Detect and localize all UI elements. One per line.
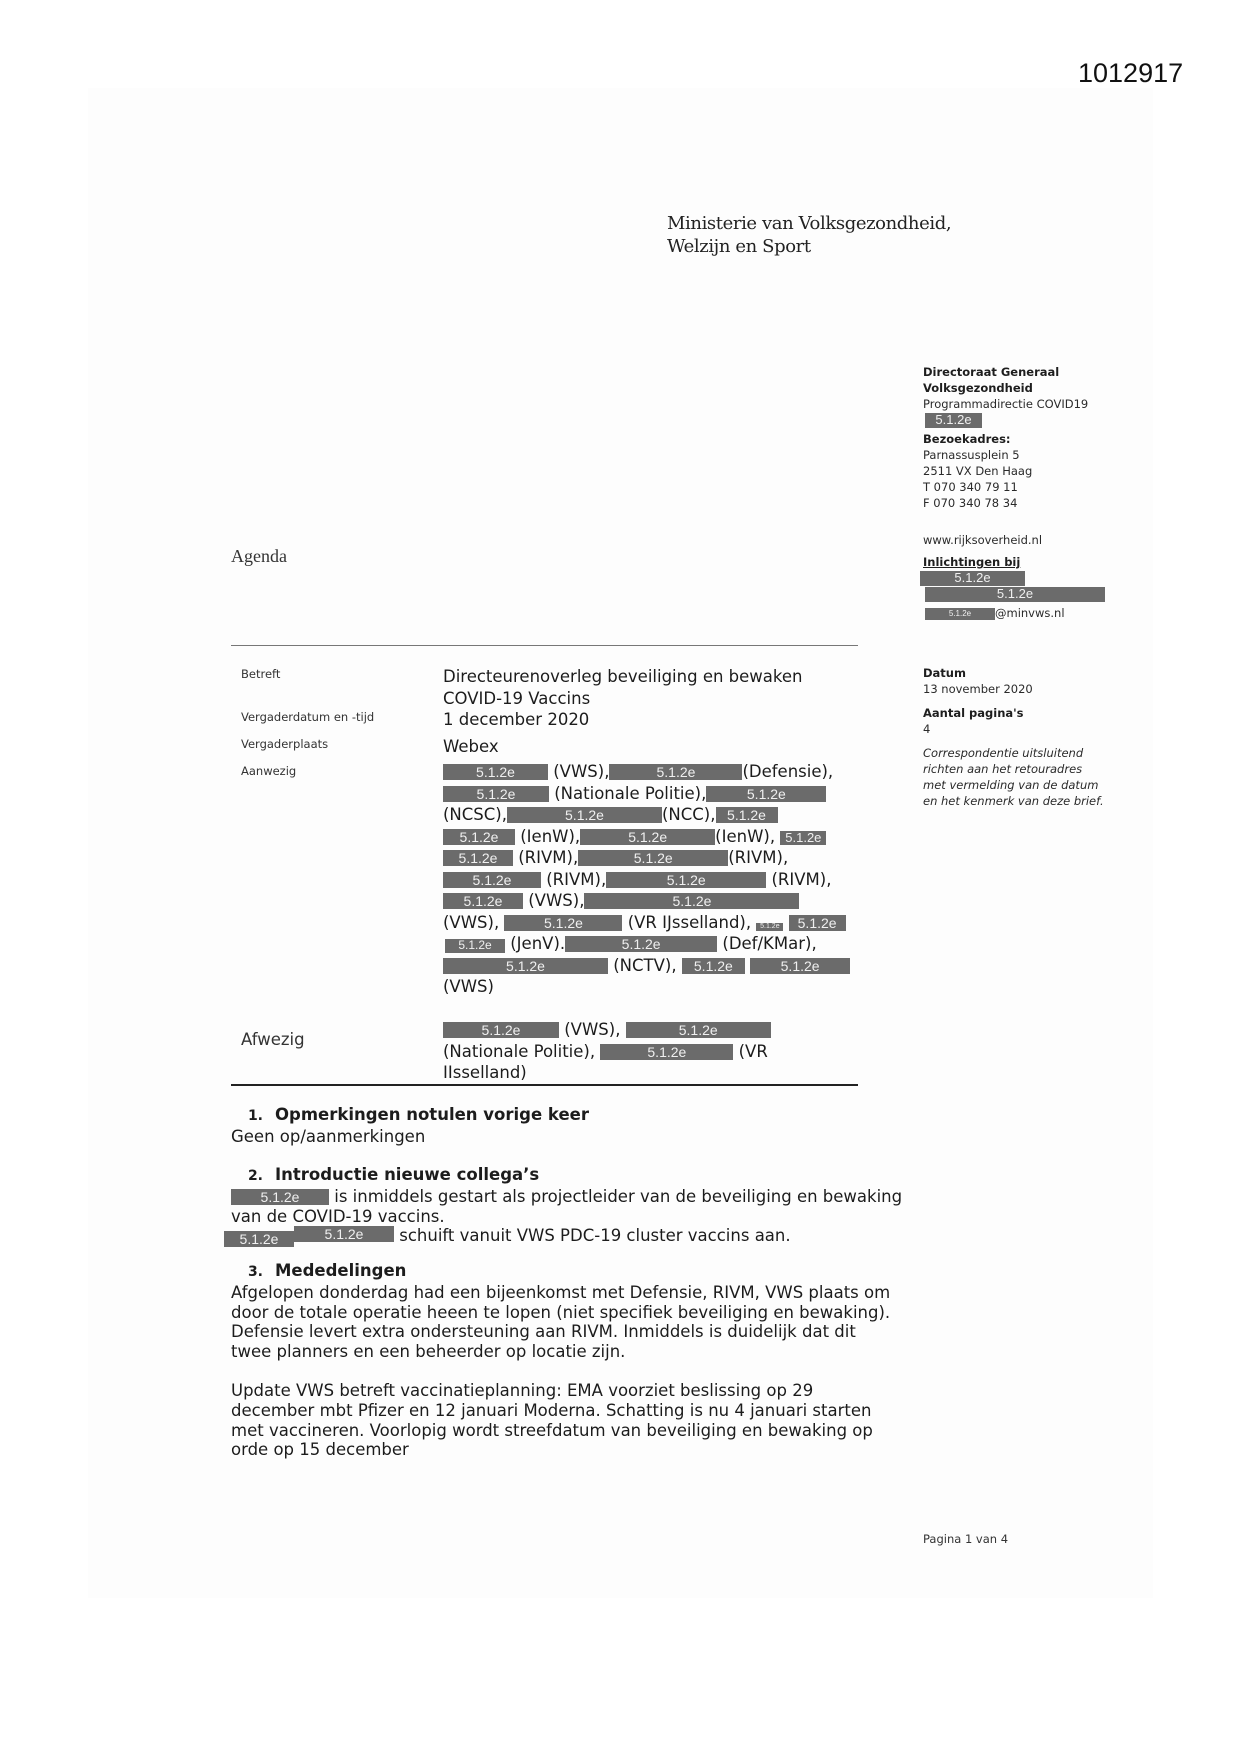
org: (VWS) xyxy=(443,977,494,996)
org: (NCC), xyxy=(662,805,716,824)
email-suffix: @minvws.nl xyxy=(995,606,1065,620)
section-2: 2.Introductie nieuwe collega’s 5.1.2e is… xyxy=(231,1165,911,1246)
document-number: 1012917 xyxy=(1078,58,1183,89)
section-text: Geen op/aanmerkingen xyxy=(231,1127,911,1147)
info-label: Inlichtingen bij xyxy=(923,555,1020,569)
org: (NCSC), xyxy=(443,805,507,824)
section-title: Opmerkingen notulen vorige keer xyxy=(275,1105,589,1124)
subject-label: Betreft xyxy=(241,667,280,681)
datetime-label: Vergaderdatum en -tijd xyxy=(241,710,374,724)
redaction-box: 5.1.2e xyxy=(925,608,995,620)
redaction-box: 5.1.2e xyxy=(578,850,728,866)
org: (VWS), xyxy=(528,891,584,910)
org: (Nationale Politie), xyxy=(554,784,706,803)
section-paragraph: Update VWS betreft vaccinatieplanning: E… xyxy=(231,1381,896,1460)
datetime-value: 1 december 2020 xyxy=(443,709,863,731)
ministry-letterhead: Ministerie van Volksgezondheid, Welzijn … xyxy=(667,212,951,258)
section-heading: 3.Mededelingen xyxy=(231,1261,896,1283)
sidebar-meta: Datum 13 november 2020 Aantal pagina's 4… xyxy=(923,665,1108,809)
org: (Nationale Politie), xyxy=(443,1042,595,1061)
redaction-box: 5.1.2e xyxy=(443,958,608,974)
visit-address-label: Bezoekadres: xyxy=(923,432,1011,446)
redaction-box: 5.1.2e xyxy=(443,1022,559,1038)
org: (VR IJsselland), xyxy=(628,913,751,932)
redaction-box: 5.1.2e xyxy=(706,786,826,802)
date-label: Datum xyxy=(923,666,966,680)
redaction-box: 5.1.2e xyxy=(716,807,778,823)
section-3: 3.Mededelingen Afgelopen donderdag had e… xyxy=(231,1261,896,1460)
sidebar-contact: www.rijksoverheid.nl Inlichtingen bij 5.… xyxy=(923,532,1105,621)
street: Parnassusplein 5 xyxy=(923,447,1088,463)
present-label: Aanwezig xyxy=(241,764,296,778)
redaction-box: 5.1.2e xyxy=(626,1022,771,1038)
redaction-box: 5.1.2e xyxy=(507,807,662,823)
section-heading: 2.Introductie nieuwe collega’s xyxy=(231,1165,911,1187)
phone: T 070 340 79 11 xyxy=(923,479,1088,495)
redaction-box: 5.1.2e xyxy=(565,936,717,952)
redaction-box: 5.1.2e xyxy=(443,939,505,953)
redaction-box: 5.1.2e xyxy=(682,958,745,974)
redaction-box: 5.1.2e xyxy=(750,958,850,974)
redaction-box: 5.1.2e xyxy=(789,915,846,931)
org: (IenW), xyxy=(715,827,775,846)
section-number: 3. xyxy=(231,1263,263,1283)
section-text: schuift vanuit VWS PDC-19 cluster vaccin… xyxy=(399,1226,790,1245)
sidebar-directorate: Directoraat Generaal Volksgezondheid Pro… xyxy=(923,364,1088,511)
place-value: Webex xyxy=(443,736,863,758)
directorate-line1: Directoraat Generaal xyxy=(923,365,1059,379)
org: (VWS), xyxy=(443,913,499,932)
absent-list: 5.1.2e (VWS), 5.1.2e (Nationale Politie)… xyxy=(443,1019,788,1084)
present-list: 5.1.2e (VWS),5.1.2e(Defensie), 5.1.2e (N… xyxy=(443,761,853,998)
divider xyxy=(231,1084,858,1086)
redaction-box: 5.1.2e xyxy=(925,587,1105,602)
org: (VWS), xyxy=(564,1020,620,1039)
agenda-title: Agenda xyxy=(231,546,287,567)
date-value: 13 november 2020 xyxy=(923,681,1108,697)
org: (RIVM), xyxy=(546,870,606,889)
redaction-box: 5.1.2e xyxy=(584,893,799,909)
org: (RIVM), xyxy=(518,848,578,867)
redaction-box: 5.1.2e xyxy=(231,1189,329,1205)
redaction-box: 5.1.2e xyxy=(925,413,982,428)
redaction-box: 5.1.2e xyxy=(443,872,541,888)
section-number: 1. xyxy=(231,1107,263,1127)
website: www.rijksoverheid.nl xyxy=(923,532,1105,548)
section-number: 2. xyxy=(231,1167,263,1187)
redaction-box: 5.1.2e xyxy=(606,872,766,888)
fax: F 070 340 78 34 xyxy=(923,495,1088,511)
directorate-line2: Volksgezondheid xyxy=(923,381,1033,395)
subject-line2: COVID-19 Vaccins xyxy=(443,688,863,710)
org: (JenV). xyxy=(510,934,565,953)
org: (VWS), xyxy=(553,762,609,781)
divider xyxy=(231,645,858,646)
org: (NCTV), xyxy=(613,956,676,975)
redaction-box: 5.1.2e xyxy=(443,764,548,780)
org: (IenW), xyxy=(520,827,580,846)
ministry-name-line1: Ministerie van Volksgezondheid, xyxy=(667,212,951,235)
section-1: 1.Opmerkingen notulen vorige keer Geen o… xyxy=(231,1105,911,1147)
redaction-box: 5.1.2e xyxy=(443,786,549,802)
redaction-box: 5.1.2e xyxy=(504,915,622,931)
postal-city: 2511 VX Den Haag xyxy=(923,463,1088,479)
pages-label: Aantal pagina's xyxy=(923,706,1024,720)
org: (Def/KMar), xyxy=(722,934,816,953)
page-indicator: Pagina 1 van 4 xyxy=(923,1532,1008,1546)
redaction-box: 5.1.2e xyxy=(600,1044,733,1060)
org: (VR xyxy=(739,1042,768,1061)
section-title: Mededelingen xyxy=(275,1261,406,1280)
redaction-box: 5.1.2e xyxy=(224,1231,294,1247)
org: (Defensie), xyxy=(742,762,833,781)
subject-value: Directeurenoverleg beveiliging en bewake… xyxy=(443,666,863,709)
section-paragraph: Afgelopen donderdag had een bijeenkomst … xyxy=(231,1283,896,1362)
redaction-box: 5.1.2e xyxy=(443,850,513,866)
section-text: van de COVID-19 vaccins. xyxy=(231,1207,911,1227)
correspondence-note: Correspondentie uitsluitend richten aan … xyxy=(923,745,1108,809)
section-text: is inmiddels gestart als projectleider v… xyxy=(334,1187,902,1206)
redaction-box: 5.1.2e xyxy=(920,571,1025,586)
redaction-box: 5.1.2e xyxy=(294,1226,394,1242)
section-title: Introductie nieuwe collega’s xyxy=(275,1165,539,1184)
programme-name: Programmadirectie COVID19 xyxy=(923,396,1088,412)
ministry-name-line2: Welzijn en Sport xyxy=(667,235,951,258)
absent-label: Afwezig xyxy=(241,1030,305,1049)
redaction-box: 5.1.2e xyxy=(443,893,523,909)
subject-line1: Directeurenoverleg beveiliging en bewake… xyxy=(443,666,863,688)
redaction-box: 5.1.2e xyxy=(609,764,742,780)
pages-value: 4 xyxy=(923,721,1108,737)
redaction-box: 5.1.2e xyxy=(756,923,783,931)
place-label: Vergaderplaats xyxy=(241,737,328,751)
redaction-box: 5.1.2e xyxy=(443,829,515,845)
org: IIsselland) xyxy=(443,1063,527,1082)
section-heading: 1.Opmerkingen notulen vorige keer xyxy=(231,1105,911,1127)
org: (RIVM), xyxy=(728,848,788,867)
redaction-box: 5.1.2e xyxy=(580,829,715,845)
org: (RIVM), xyxy=(771,870,831,889)
redaction-box: 5.1.2e xyxy=(780,831,826,846)
